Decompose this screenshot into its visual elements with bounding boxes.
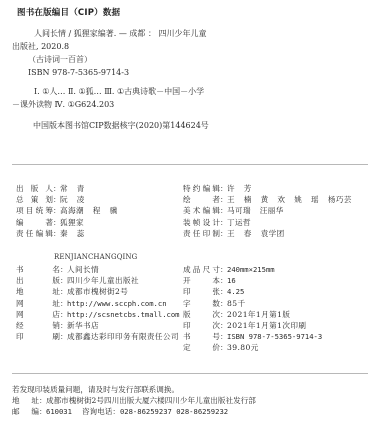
cip-line-publisher: 出版社, 2020.8 [12,40,352,53]
pub-printing: 印次：2021年1月第1次印刷 [183,320,322,331]
copyright-page: 图书在版编目（CIP）数据 人间长情 / 狐狸家编著. — 成都 ： 四川少年儿… [0,0,375,427]
publication-info-right: 成品尺寸：240mm×215mm 开本：16 印张：4.25 字数：85千 版次… [183,264,322,354]
cip-line-title: 人间长情 / 狐狸家编著. — 成都 ： 四川少年儿童 [12,27,352,40]
credit-coordinator: 项目统筹：高海潮 程 骥 [16,205,118,216]
pub-edition: 版次：2021年1月第1版 [183,309,322,320]
divider-top [12,164,368,165]
online-store-link[interactable]: http://scsnetcbs.tmall.com [67,309,180,320]
cip-title: 图书在版编目（CIP）数据 [17,6,120,18]
pub-online-store: 网店：http://scsnetcbs.tmall.com [16,309,180,320]
postcode-phone: 邮编：610031咨询电话：028-86259237 028-86259232 [12,406,256,417]
pub-publisher: 出版：四川少年儿童出版社 [16,275,180,286]
cip-line-isbn: ISBN 978-7-5365-9714-3 [12,66,352,79]
cip-record-number: 中国版本图书馆CIP数据核字(2020)第144624号 [33,120,209,131]
footer-notice: 若发现印装质量问题，请及时与发行部联系调换。 地址：成都市槐树街2号四川出版大厦… [12,384,256,417]
pub-trim-size: 成品尺寸：240mm×215mm [183,264,322,275]
divider-bottom [12,373,368,374]
credit-editor: 责任编辑：秦 蕊 [16,228,118,239]
pub-word-count: 字数：85千 [183,298,322,309]
website-link[interactable]: http://www.sccph.com.cn [67,298,167,309]
distribution-address: 地址：成都市槐树街2号四川出版大厦六楼四川少年儿童出版社发行部 [12,395,256,406]
pub-website: 网址：http://www.sccph.com.cn [16,298,180,309]
quality-notice: 若发现印装质量问题，请及时与发行部联系调换。 [12,384,256,395]
cip-line-series: （古诗词一百首） [12,53,352,66]
pub-price: 定价：39.80元 [183,342,322,353]
credit-publisher: 出版人：常 青 [16,183,118,194]
pub-book-title: 书名：人间长情 [16,264,180,275]
credit-designer: 装帧设计：丁运哲 [183,217,352,228]
credit-print-supervisor: 责任印制：王 春 袁学团 [183,228,352,239]
pub-address: 地址：成都市槐树街2号 [16,286,180,297]
credit-author: 编著：狐狸家 [16,217,118,228]
cip-line-classification: －课外读物 Ⅳ. ①G624.203 [12,98,352,111]
publication-info-left: 书名：人间长情 出版：四川少年儿童出版社 地址：成都市槐树街2号 网址：http… [16,264,180,342]
credit-art-editor: 美术编辑：马可瑞 汪丽华 [183,205,352,216]
cip-line-subjects: Ⅰ. ①人… Ⅱ. ①狐… Ⅲ. ①古典诗歌－中国－小学 [12,85,352,98]
credits-left: 出版人：常 青 总策划：阮 凌 项目统筹：高海潮 程 骥 编著：狐狸家 责任编辑… [16,183,118,239]
cip-record: 人间长情 / 狐狸家编著. — 成都 ： 四川少年儿童 出版社, 2020.8 … [12,27,352,111]
pub-distributor: 经销：新华书店 [16,320,180,331]
credit-special-editor: 特约编辑：许 芳 [183,183,352,194]
pub-format: 开本：16 [183,275,322,286]
pub-sheets: 印张：4.25 [183,286,322,297]
pinyin-title: RENJIANCHANGQING [54,253,137,261]
credit-illustrators: 绘者：王 楠 黄 欢 姚 瑶 杨巧芸 [183,194,352,205]
credit-planner: 总策划：阮 凌 [16,194,118,205]
pub-isbn: 书号：ISBN 978-7-5365-9714-3 [183,331,322,342]
credits-right: 特约编辑：许 芳 绘者：王 楠 黄 欢 姚 瑶 杨巧芸 美术编辑：马可瑞 汪丽华… [183,183,352,239]
pub-printer: 印刷：成都鑫达彩印印务有限责任公司 [16,331,180,342]
